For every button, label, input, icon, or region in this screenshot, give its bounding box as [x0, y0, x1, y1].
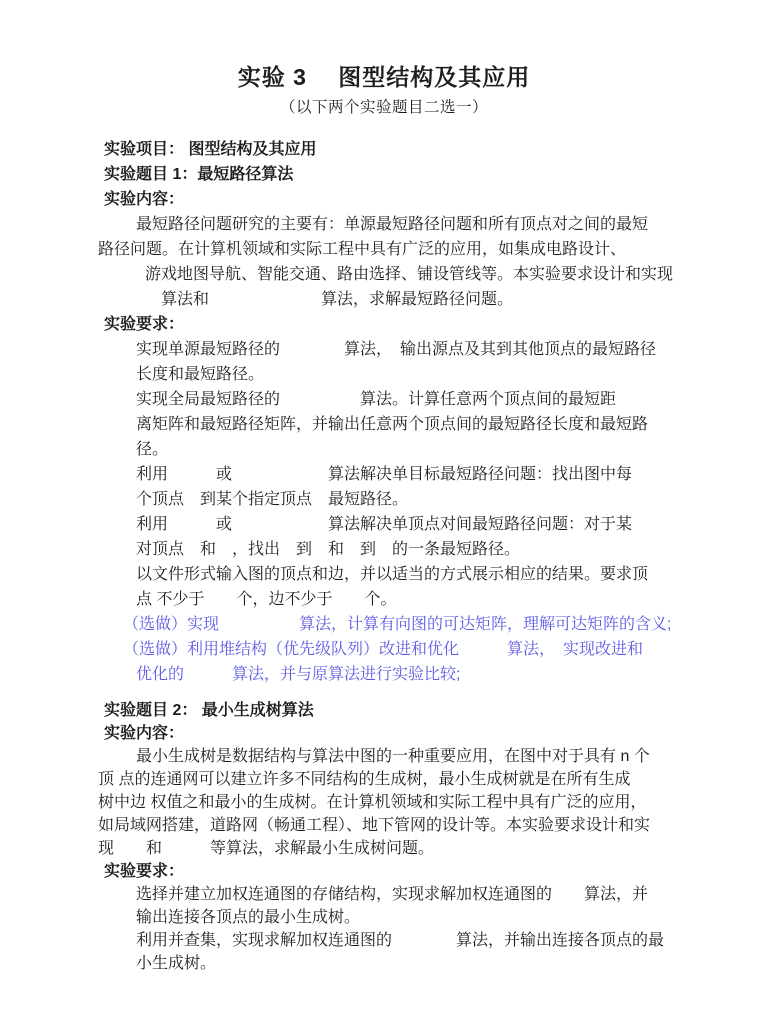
heading-topic-2: 实验题目 2： 最小生成树算法	[104, 699, 768, 722]
doc-line: 利用 或 算法解决单目标最短路径问题：找出图中每	[136, 462, 768, 487]
doc-line-optional: （选做）利用堆结构（优先级队列）改进和优化 算法， 实现改进和	[123, 637, 768, 662]
doc-line: 算法和 算法，求解最短路径问题。	[161, 287, 768, 312]
doc-line: 选择并建立加权连通图的存储结构，实现求解加权连通图的 算法，并	[136, 883, 768, 906]
document-page: 实验 3 图型结构及其应用 （以下两个实验题目二选一） 实验项目： 图型结构及其…	[0, 0, 768, 1024]
doc-line: 离矩阵和最短路径矩阵，并输出任意两个顶点间的最短路径长度和最短路	[136, 412, 768, 437]
heading-project: 实验项目： 图型结构及其应用	[104, 137, 768, 162]
page-subtitle: （以下两个实验题目二选一）	[0, 97, 768, 118]
doc-line: 如局域网搭建，道路网（畅通工程）、地下管网的设计等。本实验要求设计和实	[98, 814, 768, 837]
doc-line: 利用 或 算法解决单顶点对间最短路径问题：对于某	[136, 512, 768, 537]
doc-line: 以文件形式输入图的顶点和边，并以适当的方式展示相应的结果。要求顶	[136, 562, 768, 587]
doc-line: 现 和 等算法，求解最小生成树问题。	[98, 837, 768, 860]
doc-line-optional: （选做）实现 算法，计算有向图的可达矩阵，理解可达矩阵的含义;	[123, 612, 768, 637]
doc-line-optional: 优化的 算法，并与原算法进行实验比较;	[136, 662, 768, 687]
doc-line: 利用并查集，实现求解加权连通图的 算法，并输出连接各顶点的最	[136, 929, 768, 952]
doc-line: 游戏地图导航、智能交通、路由选择、铺设管线等。本实验要求设计和实现	[145, 262, 768, 287]
page-title: 实验 3 图型结构及其应用	[0, 62, 768, 92]
doc-line: 实现全局最短路径的 算法。计算任意两个顶点间的最短距	[136, 387, 768, 412]
doc-line: 实现单源最短路径的 算法， 输出源点及其到其他顶点的最短路径	[136, 337, 768, 362]
heading-requirements-1: 实验要求：	[104, 312, 768, 337]
doc-line: 小生成树。	[136, 952, 768, 975]
heading-content-2: 实验内容：	[104, 722, 768, 745]
heading-content-1: 实验内容：	[104, 187, 768, 212]
doc-line: 点 不少于 个，边不少于 个。	[136, 587, 768, 612]
doc-line: 对顶点 和 ，找出 到 和 到 的一条最短路径。	[136, 537, 768, 562]
doc-line: 最短路径问题研究的主要有：单源最短路径问题和所有顶点对之间的最短	[136, 212, 768, 237]
doc-line: 输出连接各顶点的最小生成树。	[136, 906, 768, 929]
doc-line: 最小生成树是数据结构与算法中图的一种重要应用，在图中对于具有 n 个	[136, 745, 768, 768]
doc-line: 长度和最短路径。	[136, 362, 768, 387]
doc-line: 径。	[136, 437, 768, 462]
heading-topic-1: 实验题目 1：最短路径算法	[104, 162, 768, 187]
doc-line: 路径问题。在计算机领域和实际工程中具有广泛的应用，如集成电路设计、	[98, 237, 768, 262]
document-body: 实验项目： 图型结构及其应用 实验题目 1：最短路径算法 实验内容： 最短路径问…	[0, 137, 768, 975]
heading-requirements-2: 实验要求：	[104, 860, 768, 883]
doc-line: 树中边 权值之和最小的生成树。在计算机领域和实际工程中具有广泛的应用，	[98, 791, 768, 814]
doc-line: 个顶点 到某个指定顶点 最短路径。	[136, 487, 768, 512]
doc-line: 顶 点的连通网可以建立许多不同结构的生成树，最小生成树就是在所有生成	[98, 768, 768, 791]
